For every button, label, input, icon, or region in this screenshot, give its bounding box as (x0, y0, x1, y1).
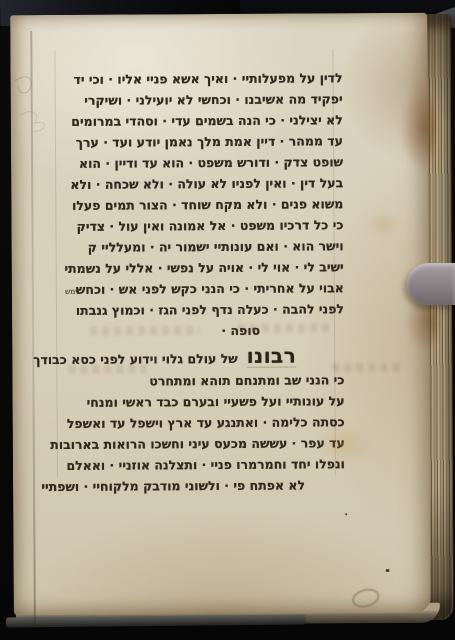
manuscript-line: לפני להבה · כעלה נדף לפני הגז · וכמוץ גנ… (70, 298, 344, 321)
manuscript-line: משוא פנים · ולא מקח שוחד · הצור תמים פעל… (69, 193, 343, 216)
ink-speck (345, 513, 347, 515)
offset-ghost-text (68, 364, 146, 373)
lower-text-lines: כי הנני שב ומתנחם תוהא ומתחרטעל עונותיי … (70, 369, 345, 497)
manuscript-line: וישר הוא · ואם עונותיי ישמור יה · ומעללי… (70, 235, 344, 258)
manuscript-photo: לדין על מפעלותיי · ואיך אשא פניי אליו · … (0, 0, 455, 640)
manuscript-line: יפקיד מה אשיבנו · וכחשי לא יועילני · ושי… (69, 88, 343, 111)
manuscript-line: כסתה כלימה · ואתנגע עד ארץ וישפל עד ואשפ… (71, 411, 345, 434)
page-weight-tip (407, 263, 455, 305)
manuscript-page: לדין על מפעלותיי · ואיך אשא פניי אליו · … (10, 13, 431, 616)
offset-ghost-text (332, 363, 402, 372)
manuscript-line: לא יצילני · כי הנה בשמים עדי · וסהדי במר… (69, 109, 343, 132)
offset-ghost-text (90, 326, 200, 336)
stain (363, 209, 403, 239)
manuscript-line: אבוי על אחריתי · כי הנני כקש לפני אש · ו… (70, 277, 344, 300)
ink-speck (386, 569, 390, 572)
bottom-board-edge (6, 614, 306, 627)
manuscript-line: כי כל דרכיו משפט · אל אמונה ואין עול · צ… (69, 214, 343, 237)
manuscript-line: ונפלו יחד וחמרמרו פניי · ותצלנה אוזניי ·… (71, 453, 345, 476)
manuscript-line: שופט צדק · ודורש משפט · הוא עד ודיין · ה… (69, 151, 343, 174)
manuscript-line: עד ממהר · דיין אמת מלך נאמן יודע ועד · ע… (69, 130, 343, 153)
manuscript-line: לא אפתח פי · ולשוני מודבק מלקוחיי · ושפת… (71, 474, 345, 497)
upper-text-lines: לדין על מפעלותיי · ואיך אשא פניי אליו · … (69, 67, 345, 321)
rubric-initial-word: רבונו (247, 345, 297, 368)
manuscript-line: עד עפר · עששה מכעס עיני וחשכו הרואות באר… (71, 432, 345, 455)
manuscript-line: בעל דין · ואין לפניו לא עולה · ולא שכחה … (69, 172, 343, 195)
manuscript-line: לדין על מפעלותיי · ואיך אשא פניי אליו · … (69, 67, 343, 90)
text-block: לדין על מפעלותיי · ואיך אשא פניי אליו · … (69, 67, 346, 497)
manuscript-line: ישיב לי · אוי לי · אויה על נפשי · אללי ע… (70, 256, 344, 279)
marginal-gloss: ימש (64, 281, 77, 302)
ring-stain (350, 586, 382, 610)
offset-ghost-text (238, 323, 334, 333)
manuscript-line: על עונותיי ועל פשעיי ובערם כבד ראשי ומנח… (70, 390, 344, 413)
